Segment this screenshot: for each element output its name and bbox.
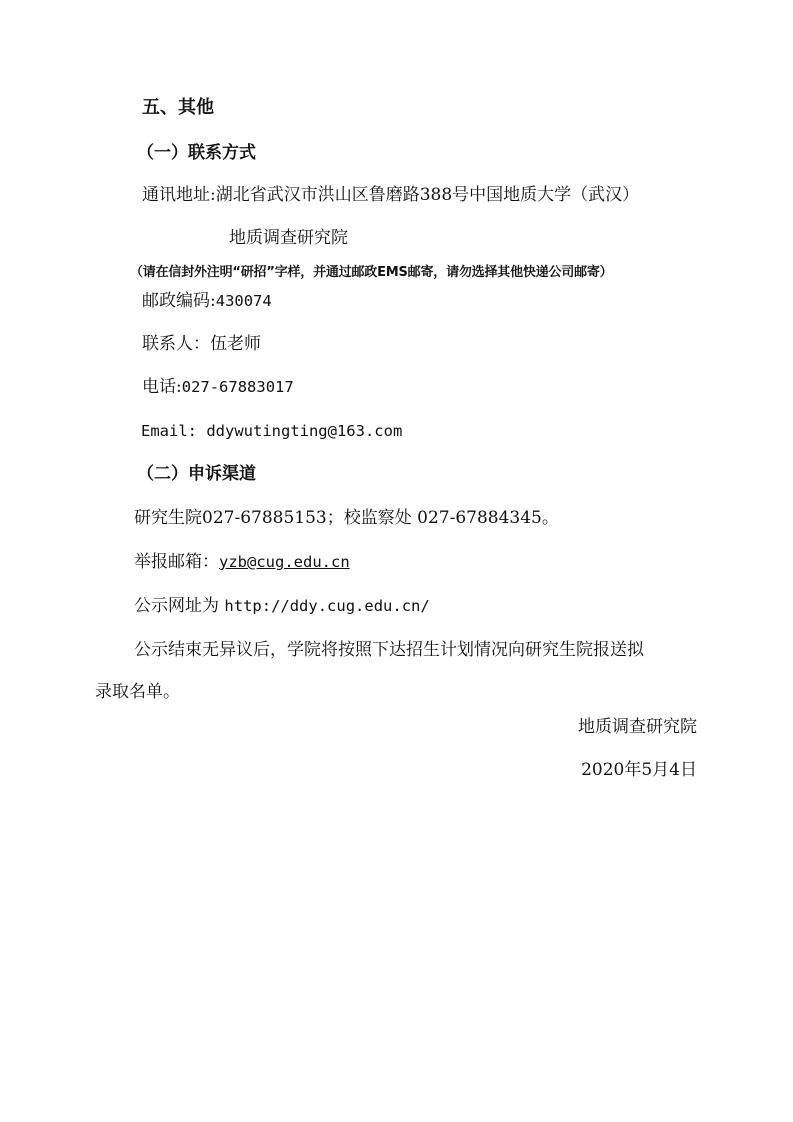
website-label: 公示网址为 xyxy=(134,596,224,616)
contact-name: 伍老师 xyxy=(210,334,261,354)
phone-value: 027-67883017 xyxy=(182,378,294,396)
website-line: 公示网址为 http://ddy.cug.edu.cn/ xyxy=(134,595,430,617)
address-line-2: 地质调查研究院 xyxy=(229,227,348,249)
report-email-label: 举报邮箱： xyxy=(134,552,219,572)
report-email-link[interactable]: yzb@cug.edu.cn xyxy=(219,553,350,571)
closing-paragraph-line-1: 公示结束无异议后，学院将按照下达招生计划情况向研究生院报送拟 xyxy=(134,639,644,661)
contact-person-line: 联系人：伍老师 xyxy=(142,333,261,355)
address-line-1: 通讯地址:湖北省武汉市洪山区鲁磨路388号中国地质大学（武汉） xyxy=(142,184,639,206)
website-link[interactable]: http://ddy.cug.edu.cn/ xyxy=(224,597,429,615)
phone-label: 电话: xyxy=(142,377,182,397)
postcode-label: 邮政编码: xyxy=(142,291,216,311)
appeal-heading: （二）申诉渠道 xyxy=(137,463,256,485)
signature: 地质调查研究院 xyxy=(578,716,697,738)
email-value[interactable]: ddywutingting@163.com xyxy=(206,422,402,440)
postcode-value: 430074 xyxy=(216,292,272,310)
address-label: 通讯地址: xyxy=(142,185,216,205)
phone-line: 电话:027-67883017 xyxy=(142,376,294,398)
mailing-note: （请在信封外注明“研招”字样，并通过邮政EMS邮寄，请勿选择其他快递公司邮寄） xyxy=(130,262,612,284)
section-title: 五、其他 xyxy=(142,97,214,119)
date: 2020年5月4日 xyxy=(581,759,697,781)
contact-heading: （一）联系方式 xyxy=(137,142,256,164)
email-label: Email: xyxy=(141,422,206,440)
report-email-line: 举报邮箱：yzb@cug.edu.cn xyxy=(134,551,350,573)
closing-paragraph-line-2: 录取名单。 xyxy=(95,681,180,703)
email-line: Email: ddywutingting@163.com xyxy=(141,420,402,442)
address-value: 湖北省武汉市洪山区鲁磨路388号中国地质大学（武汉） xyxy=(216,185,639,205)
postcode-line: 邮政编码:430074 xyxy=(142,290,272,312)
appeal-phones: 研究生院027-67885153；校监察处 027-67884345。 xyxy=(134,507,559,529)
contact-label: 联系人： xyxy=(142,334,210,354)
